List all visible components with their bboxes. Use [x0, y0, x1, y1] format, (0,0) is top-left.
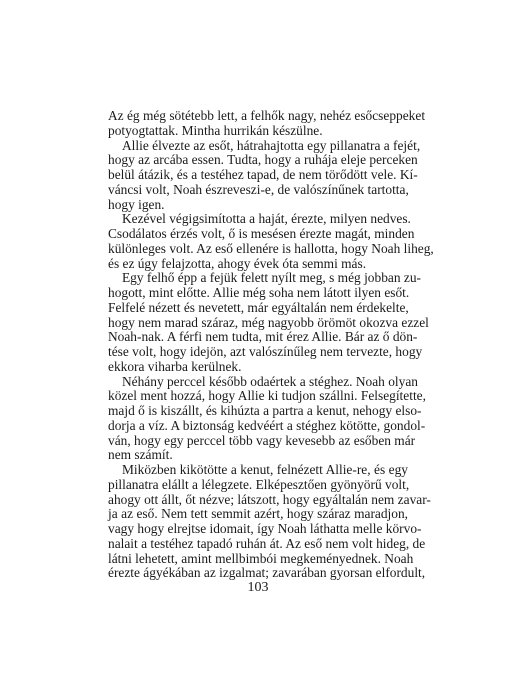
text-line: ahogy ott állt, őt nézve; látszott, hogy…: [108, 493, 408, 508]
body-text: Az ég még sötétebb lett, a felhők nagy, …: [108, 109, 408, 581]
text-line: potyogtattak. Mintha hurrikán készülne.: [108, 124, 408, 139]
text-line: hogy nem marad száraz, még nagyobb örömö…: [108, 316, 408, 331]
text-line: hogott, mint előtte. Allie még soha nem …: [108, 286, 408, 301]
text-line: dorja a víz. A biztonság kedvéért a stég…: [108, 419, 408, 434]
text-line: és ez úgy felajzotta, ahogy évek óta sem…: [108, 257, 408, 272]
text-line: ván, hogy egy perccel több vagy kevesebb…: [108, 434, 408, 449]
text-line: váncsi volt, Noah észreveszi-e, de valós…: [108, 183, 408, 198]
text-line: tése volt, hogy idejön, azt valószínűleg…: [108, 345, 408, 360]
text-line: ja az eső. Nem tett semmit azért, hogy s…: [108, 507, 408, 522]
paragraph: Allie élvezte az esőt, hátrahajtotta egy…: [108, 139, 408, 213]
paragraph: Kezével végigsimította a haját, érezte, …: [108, 212, 408, 271]
text-line: különleges volt. Az eső ellenére is hall…: [108, 242, 408, 257]
text-line: Kezével végigsimította a haját, érezte, …: [108, 212, 408, 227]
text-line: ekkora viharba kerülnek.: [108, 360, 408, 375]
text-line: érezte ágyékában az izgalmat; zavarában …: [108, 566, 408, 581]
text-line: Allie élvezte az esőt, hátrahajtotta egy…: [108, 139, 408, 154]
text-line: nem számít.: [108, 448, 408, 463]
paragraph: Miközben kikötötte a kenut, felnézett Al…: [108, 463, 408, 581]
text-line: majd ő is kiszállt, és kihúzta a partra …: [108, 404, 408, 419]
text-line: hogy az arcába essen. Tudta, hogy a ruhá…: [108, 153, 408, 168]
paragraph: Az ég még sötétebb lett, a felhők nagy, …: [108, 109, 408, 139]
text-line: közel ment hozzá, hogy Allie ki tudjon s…: [108, 389, 408, 404]
text-line: Néhány perccel később odaértek a stéghez…: [108, 375, 408, 390]
page-number: 103: [0, 580, 516, 596]
paragraph: Egy felhő épp a fejük felett nyílt meg, …: [108, 271, 408, 374]
text-line: pillanatra elállt a lélegzete. Elképeszt…: [108, 478, 408, 493]
text-line: Egy felhő épp a fejük felett nyílt meg, …: [108, 271, 408, 286]
text-line: Miközben kikötötte a kenut, felnézett Al…: [108, 463, 408, 478]
text-line: Noah-nak. A férfi nem tudta, mit érez Al…: [108, 330, 408, 345]
text-line: nalait a testéhez tapadó ruhán át. Az es…: [108, 537, 408, 552]
paragraph: Néhány perccel később odaértek a stéghez…: [108, 375, 408, 464]
book-page: Az ég még sötétebb lett, a felhők nagy, …: [0, 0, 516, 700]
text-line: Csodálatos érzés volt, ő is mesésen érez…: [108, 227, 408, 242]
text-line: hogy igen.: [108, 198, 408, 213]
text-line: látni lehetett, amint mellbimbói megkemé…: [108, 552, 408, 567]
text-line: Az ég még sötétebb lett, a felhők nagy, …: [108, 109, 408, 124]
text-line: belül átázik, és a testéhez tapad, de ne…: [108, 168, 408, 183]
text-line: Felfelé nézett és nevetett, már egyáltal…: [108, 301, 408, 316]
text-line: vagy hogy elrejtse idomait, így Noah lát…: [108, 522, 408, 537]
